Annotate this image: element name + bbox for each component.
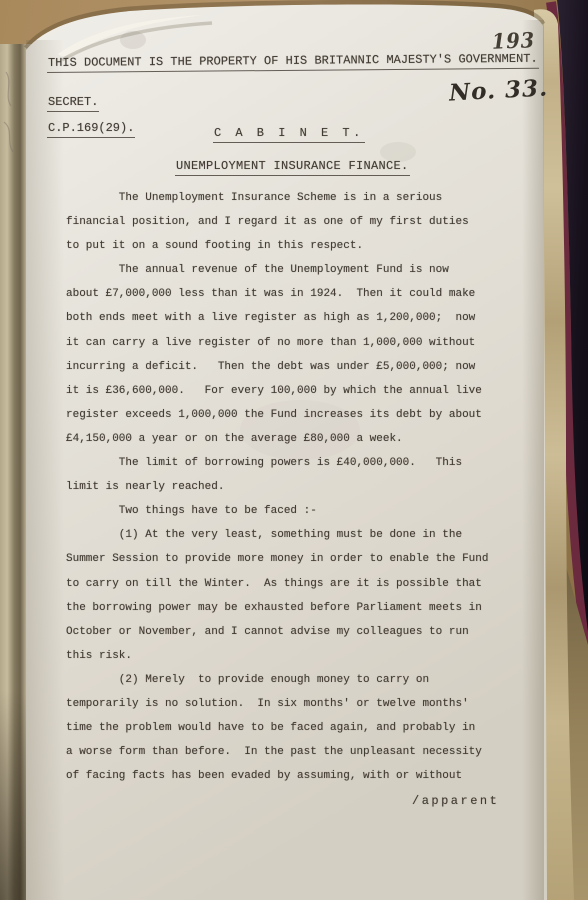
document-title: UNEMPLOYMENT INSURANCE FINANCE.: [175, 159, 410, 176]
body-text: The Unemployment Insurance Scheme is in …: [66, 186, 488, 788]
doc-number: No. 33.: [448, 74, 548, 106]
reference-number: C.P.169(29).: [47, 121, 135, 138]
paper-right-shading: [522, 20, 544, 900]
paper-left-shading: [26, 40, 64, 900]
classification-label: SECRET.: [47, 95, 99, 112]
document-photo: THIS DOCUMENT IS THE PROPERTY OF HIS BRI…: [0, 0, 588, 900]
cabinet-title: C A B I N E T.: [213, 126, 365, 143]
paper-smudge: [120, 31, 146, 49]
catchword: /apparent: [412, 794, 499, 808]
page-number: 193: [491, 27, 535, 53]
